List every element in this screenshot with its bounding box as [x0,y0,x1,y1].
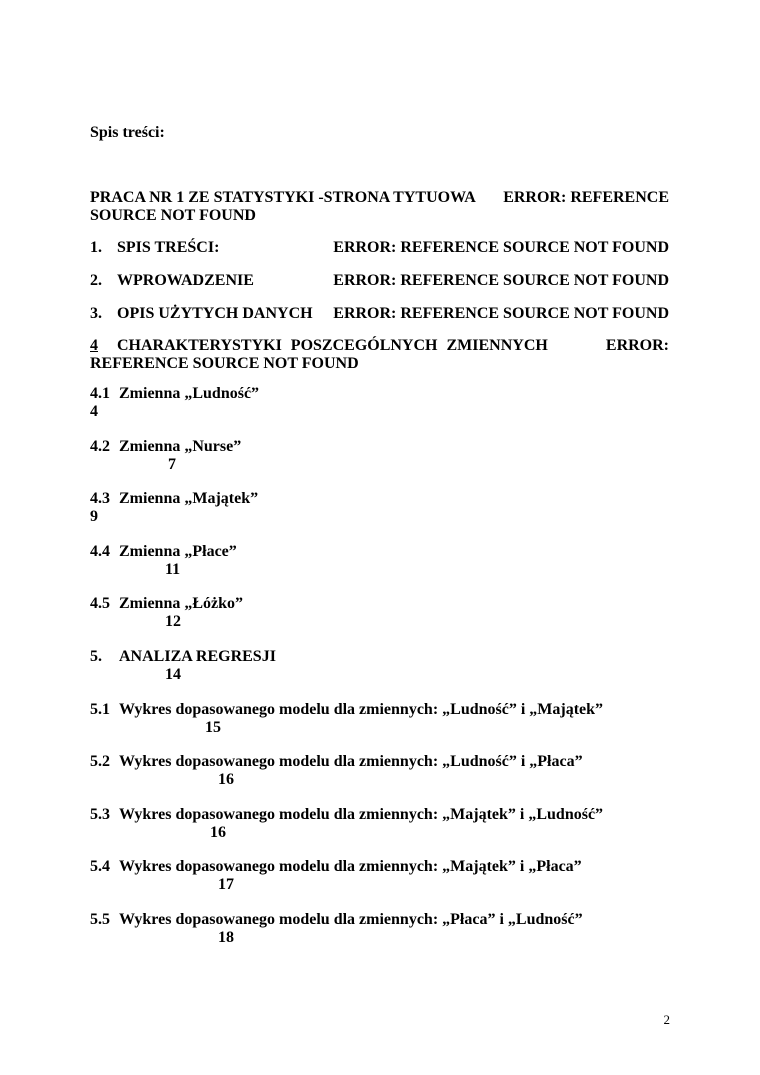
entry-page-number: 9 [90,508,669,526]
entry-label: PRACA NR 1 ZE STATYSTYKI -STRONA TYTUOWA [90,189,476,207]
toc-subentry-4-1: 4.1Zmienna „Ludność” 4 [90,385,669,421]
subentry-line: 4.3Zmienna „Majątek” [90,490,669,508]
toc-entry-wprowadzenie: 2.WPROWADZENIE ERROR: REFERENCE SOURCE N… [90,272,669,290]
entry-page-number: 16 [218,771,669,789]
subentry-line: 5.2Wykres dopasowanego modelu dla zmienn… [90,753,669,771]
toc-subentry-4-4: 4.4Zmienna „Płace” 11 [90,543,669,579]
toc-title-entry-line1: PRACA NR 1 ZE STATYSTYKI -STRONA TYTUOWA… [90,189,669,207]
toc-subentry-4-5: 4.5Zmienna „Łóżko” 12 [90,595,669,631]
entry-page-number: 11 [165,561,669,579]
toc-title-entry-line2: SOURCE NOT FOUND [90,207,669,225]
toc-content: Spis treści: PRACA NR 1 ZE STATYSTYKI -S… [90,0,669,947]
entry-label: OPIS UŻYTYCH DANYCH [117,305,313,322]
entry-label: Zmienna „Łóżko” [119,595,243,612]
toc-subentry-5: 5.ANALIZA REGRESJI 14 [90,648,669,684]
entry-label: Zmienna „Nurse” [119,438,241,455]
subentry-line: 4.4Zmienna „Płace” [90,543,669,561]
toc-subentry-5-4: 5.4Wykres dopasowanego modelu dla zmienn… [90,858,669,894]
entry-number: 4.3 [90,490,119,508]
entry-page-ref: ERROR: REFERENCE SOURCE NOT FOUND [333,239,669,257]
entry-number: 4.5 [90,595,119,613]
entry-page-ref: ERROR: REFERENCE SOURCE NOT FOUND [333,305,669,323]
subentry-line: 4.5Zmienna „Łóżko” [90,595,669,613]
entry-label: Wykres dopasowanego modelu dla zmiennych… [119,701,603,718]
entry-page-number: 12 [165,613,669,631]
toc-subentry-5-3: 5.3Wykres dopasowanego modelu dla zmienn… [90,806,669,842]
document-page: Spis treści: PRACA NR 1 ZE STATYSTYKI -S… [0,0,760,1075]
entry-label: Zmienna „Płace” [119,543,237,560]
entry-number: 5. [90,648,119,666]
entry-number: 5.3 [90,806,119,824]
entry-number: 4.1 [90,385,119,403]
subentry-line: 5.3Wykres dopasowanego modelu dla zmienn… [90,806,669,824]
footer-page-number: 2 [90,1012,670,1027]
entry-number: 4 [90,337,117,355]
entry-page-ref: ERROR: REFERENCE SOURCE NOT FOUND [333,272,669,290]
toc-subentry-5-1: 5.1Wykres dopasowanego modelu dla zmienn… [90,701,669,737]
entry-number: 5.4 [90,858,119,876]
entry-number: 1. [90,239,117,257]
toc-entry-charakterystyki-line1: 4CHARAKTERYSTYKI POSZCEGÓLNYCH ZMIENNYCH… [90,337,669,355]
entry-label: Wykres dopasowanego modelu dla zmiennych… [119,858,582,875]
entry-label: Zmienna „Majątek” [119,490,258,507]
entry-page-number: 4 [90,403,669,421]
entry-number: 4.2 [90,438,119,456]
page-heading: Spis treści: [90,124,669,142]
entry-page-number: 17 [218,876,669,894]
toc-entry-opis-danych: 3.OPIS UŻYTYCH DANYCH ERROR: REFERENCE S… [90,305,669,323]
entry-page-number: 7 [168,456,669,474]
toc-subentry-5-5: 5.5Wykres dopasowanego modelu dla zmienn… [90,911,669,947]
entry-number: 5.1 [90,701,119,719]
subentry-line: 5.1Wykres dopasowanego modelu dla zmienn… [90,701,669,719]
entry-label: Wykres dopasowanego modelu dla zmiennych… [119,911,583,928]
entry-number: 4.4 [90,543,119,561]
entry-label: Wykres dopasowanego modelu dla zmiennych… [119,806,603,823]
toc-subentry-4-3: 4.3Zmienna „Majątek” 9 [90,490,669,526]
subentry-line: 4.1Zmienna „Ludność” [90,385,669,403]
entry-page-number: 15 [205,719,669,737]
subentry-line: 5.4Wykres dopasowanego modelu dla zmienn… [90,858,669,876]
entry-number: 2. [90,272,117,290]
entry-label: Wykres dopasowanego modelu dla zmiennych… [119,753,583,770]
entry-page-number: 14 [165,666,669,684]
toc-entry-charakterystyki: 4CHARAKTERYSTYKI POSZCEGÓLNYCH ZMIENNYCH… [90,337,669,373]
entry-label: CHARAKTERYSTYKI POSZCEGÓLNYCH ZMIENNYCH [117,337,548,354]
entry-page-number: 18 [218,929,669,947]
subentry-line: 4.2Zmienna „Nurse” [90,438,669,456]
toc-subentry-5-2: 5.2Wykres dopasowanego modelu dla zmienn… [90,753,669,789]
entry-number: 3. [90,305,117,323]
entry-label: WPROWADZENIE [117,272,254,289]
entry-label: Zmienna „Ludność” [119,385,259,402]
entry-page-ref: ERROR: [606,337,669,355]
toc-entry-charakterystyki-line2: REFERENCE SOURCE NOT FOUND [90,355,669,373]
entry-label: ANALIZA REGRESJI [119,648,276,665]
entry-page-ref: ERROR: REFERENCE [503,189,669,207]
entry-number: 5.2 [90,753,119,771]
toc-subentry-4-2: 4.2Zmienna „Nurse” 7 [90,438,669,474]
entry-page-number: 16 [210,824,669,842]
subentry-line: 5.ANALIZA REGRESJI [90,648,669,666]
entry-label: SPIS TREŚCI: [117,239,219,256]
subentry-line: 5.5Wykres dopasowanego modelu dla zmienn… [90,911,669,929]
toc-entry-spis-tresci: 1.SPIS TREŚCI: ERROR: REFERENCE SOURCE N… [90,239,669,257]
toc-title-entry: PRACA NR 1 ZE STATYSTYKI -STRONA TYTUOWA… [90,189,669,225]
entry-number: 5.5 [90,911,119,929]
